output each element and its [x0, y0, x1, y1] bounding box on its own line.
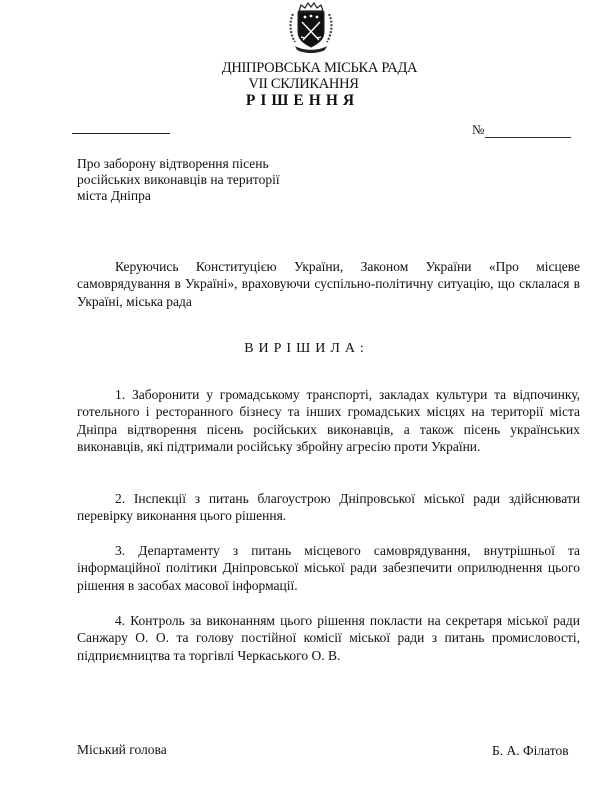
council-name: ДНІПРОВСЬКА МІСЬКА РАДА	[21, 60, 597, 76]
coat-of-arms-icon	[287, 2, 335, 54]
decision-item-4: 4. Контроль за виконанням цього рішення …	[77, 612, 580, 664]
decision-item-3: 3. Департаменту з питань місцевого самов…	[77, 542, 580, 594]
decision-item-2: 2. Інспекції з питань благоустрою Дніпро…	[77, 490, 580, 525]
title-line: російських виконавців на території	[77, 172, 309, 188]
title-line: Про заборону відтворення пісень	[77, 156, 309, 172]
title-line: міста Дніпра	[77, 188, 309, 204]
decision-title: Про заборону відтворення пісень російськ…	[77, 156, 309, 204]
signature-position: Міський голова	[77, 742, 167, 758]
decided-heading: ВИРІШИЛА:	[0, 341, 597, 357]
signature-name: Б. А. Філатов	[492, 743, 569, 759]
preamble-paragraph: Керуючись Конституцією України, Законом …	[77, 258, 580, 310]
document-number-field: №	[472, 122, 571, 138]
number-label: №	[472, 122, 484, 138]
number-value-line	[485, 125, 571, 138]
document-page: ДНІПРОВСЬКА МІСЬКА РАДА VII СКЛИКАННЯ РІ…	[0, 0, 597, 790]
decision-item-1: 1. Заборонити у громадському транспорті,…	[77, 386, 580, 455]
date-field-line	[72, 133, 170, 134]
convocation: VII СКЛИКАННЯ	[5, 76, 597, 92]
document-type-heading: РІШЕННЯ	[4, 93, 597, 109]
